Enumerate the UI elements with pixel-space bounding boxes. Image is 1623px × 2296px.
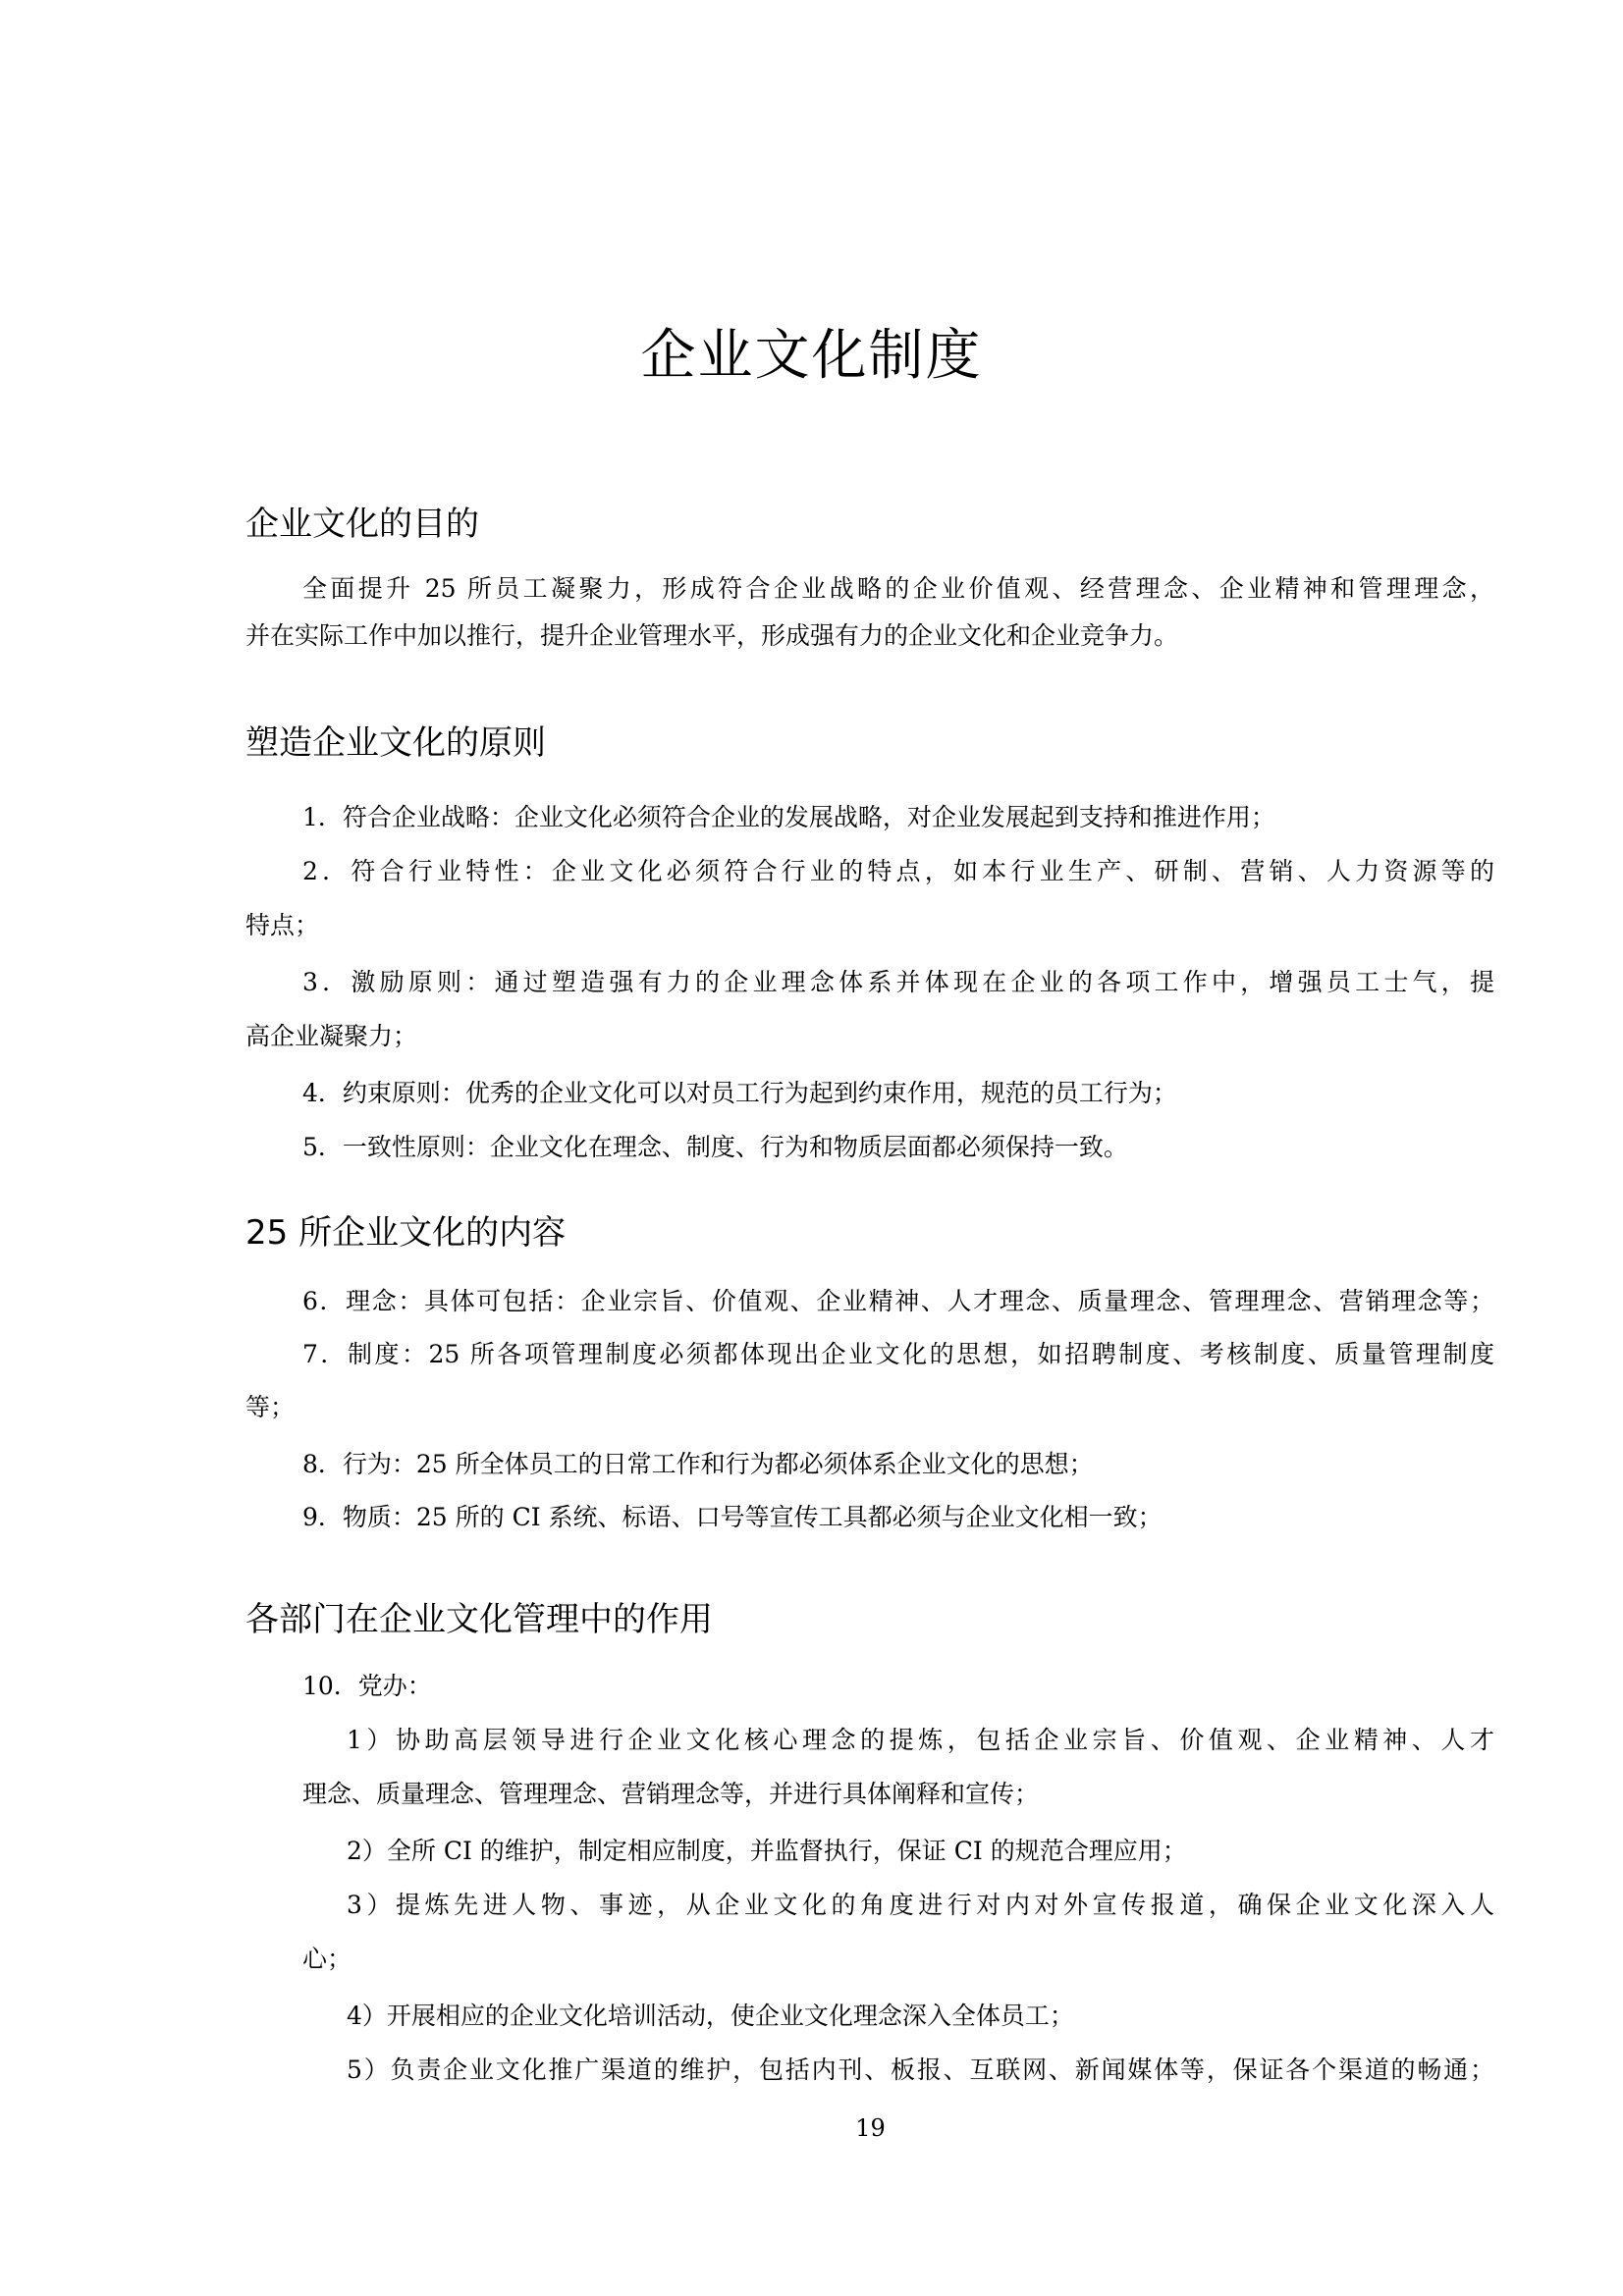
section-heading-content: 25 所企业文化的内容 [245, 1211, 566, 1255]
document-page: 企业文化制度 企业文化的目的 全面提升 25 所员工凝聚力，形成符合企业战略的企… [0, 0, 1623, 2296]
sub-list-item: 4）开展相应的企业文化培训活动，使企业文化理念深入全体员工； [347, 2000, 1494, 2033]
list-item: 8．行为：25 所全体员工的日常工作和行为都必须体系企业文化的思想； [302, 1448, 1494, 1481]
list-item: 6．理念：具体可包括：企业宗旨、价值观、企业精神、人才理念、质量理念、管理理念、… [302, 1285, 1494, 1318]
page-title: 企业文化制度 [0, 322, 1623, 391]
sub-list-item-continuation: 心； [302, 1943, 1494, 1976]
section-heading-department-roles: 各部门在企业文化管理中的作用 [245, 1598, 713, 1641]
list-item: 7．制度：25 所各项管理制度必须都体现出企业文化的思想，如招聘制度、考核制度、… [302, 1338, 1494, 1371]
section-heading-purpose: 企业文化的目的 [245, 503, 479, 546]
sub-list-item: 3）提炼先进人物、事迹，从企业文化的角度进行对内对外宣传报道，确保企业文化深入人 [347, 1889, 1494, 1922]
page-number: 19 [0, 2113, 1623, 2143]
list-item: 3．激励原则：通过塑造强有力的企业理念体系并体现在企业的各项工作中，增强员工士气… [302, 966, 1494, 999]
list-item: 5．一致性原则：企业文化在理念、制度、行为和物质层面都必须保持一致。 [302, 1131, 1494, 1164]
sub-list-item: 1）协助高层领导进行企业文化核心理念的提炼，包括企业宗旨、价值观、企业精神、人才 [347, 1724, 1494, 1757]
sub-list-item-continuation: 理念、质量理念、管理理念、营销理念等，并进行具体阐释和宣传； [302, 1778, 1494, 1811]
list-item-continuation: 特点； [245, 909, 1494, 942]
sub-list-item: 5）负责企业文化推广渠道的维护，包括内刊、板报、互联网、新闻媒体等，保证各个渠道… [347, 2054, 1494, 2087]
list-item: 1．符合企业战略：企业文化必须符合企业的发展战略，对企业发展起到支持和推进作用； [302, 801, 1494, 834]
list-item-continuation: 高企业凝聚力； [245, 1020, 1494, 1053]
list-item: 9．物质：25 所的 CI 系统、标语、口号等宣传工具都必须与企业文化相一致； [302, 1501, 1494, 1534]
list-item: 4．约束原则：优秀的企业文化可以对员工行为起到约束作用，规范的员工行为； [302, 1077, 1494, 1110]
paragraph-line: 全面提升 25 所员工凝聚力，形成符合企业战略的企业价值观、经营理念、企业精神和… [302, 572, 1494, 606]
paragraph-line: 并在实际工作中加以推行，提升企业管理水平，形成强有力的企业文化和企业竞争力。 [245, 619, 1494, 653]
list-item-continuation: 等； [245, 1391, 1494, 1424]
sub-list-item: 2）全所 CI 的维护，制定相应制度，并监督执行，保证 CI 的规范合理应用； [347, 1835, 1494, 1868]
section-heading-principles: 塑造企业文化的原则 [245, 721, 546, 765]
list-item: 2．符合行业特性：企业文化必须符合行业的特点，如本行业生产、研制、营销、人力资源… [302, 855, 1494, 888]
list-item: 10．党办： [302, 1670, 1494, 1703]
